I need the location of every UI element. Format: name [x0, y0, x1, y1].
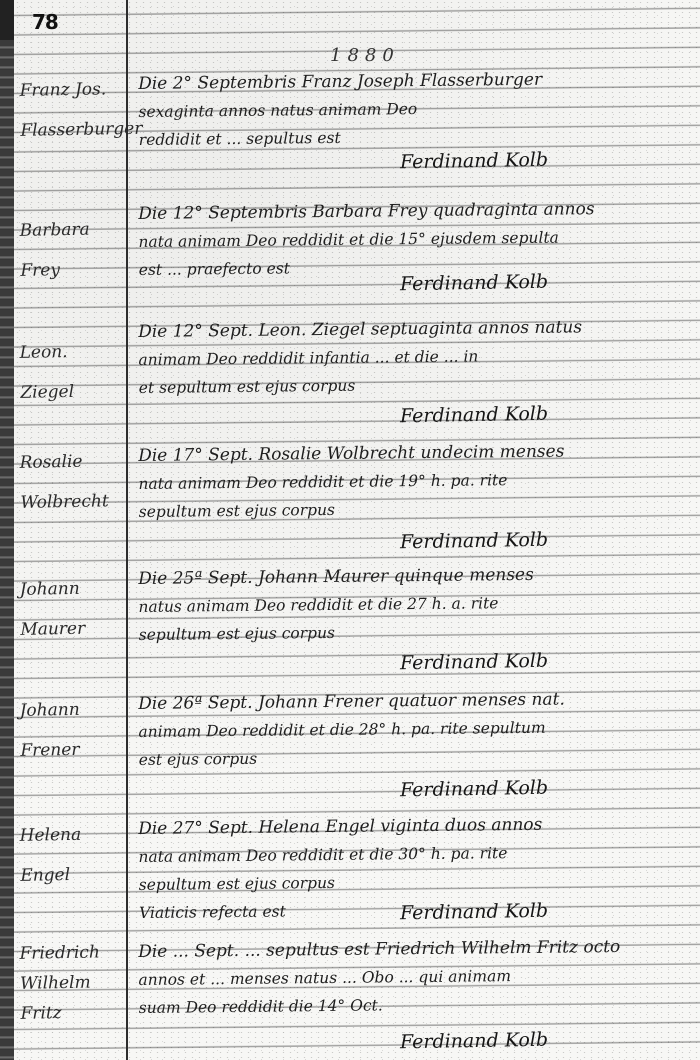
priest-signature: Ferdinand Kolb — [400, 900, 548, 925]
margin-name-line: Franz Jos. — [19, 69, 118, 111]
priest-signature: Ferdinand Kolb — [400, 1029, 548, 1054]
margin-name-line: Leon. — [19, 331, 118, 373]
priest-signature: Ferdinand Kolb — [400, 777, 548, 802]
binding-edge — [0, 0, 14, 1060]
entry-line: sepultum est ejus corpus — [139, 492, 694, 526]
priest-signature: Ferdinand Kolb — [400, 529, 548, 554]
entry-text: Die 26ª Sept. Johann Frener quatuor mens… — [138, 684, 694, 774]
margin-name-line: Johann — [19, 689, 118, 731]
entry-text: Die 12° Septembris Barbara Frey quadragi… — [138, 194, 694, 284]
margin-name-line: Barbara — [19, 209, 118, 251]
margin-name-line: Maurer — [20, 608, 119, 650]
margin-name: Johann Maurer — [19, 568, 118, 650]
priest-signature: Ferdinand Kolb — [400, 403, 548, 428]
entry-text: Die 12° Sept. Leon. Ziegel septuaginta a… — [138, 312, 694, 402]
margin-name-line: Ziegel — [20, 371, 119, 413]
margin-name-line: Rosalie — [19, 441, 118, 483]
margin-name: Leon. Ziegel — [19, 331, 118, 413]
priest-signature: Ferdinand Kolb — [400, 271, 548, 296]
margin-name-line: Johann — [19, 568, 118, 610]
margin-name: Friedrich Wilhelm Fritz — [19, 937, 119, 1029]
margin-name: Rosalie Wolbrecht — [19, 441, 118, 523]
priest-signature: Ferdinand Kolb — [400, 149, 548, 174]
entry-line: reddidit et ... sepultus est — [139, 120, 694, 154]
binding-corner — [0, 0, 14, 40]
entry-line: suam Deo reddidit die 14° Oct. — [139, 988, 694, 1022]
margin-name-line: Helena — [19, 814, 118, 856]
margin-name-line: Wolbrecht — [20, 481, 119, 523]
page-number: 78 — [32, 10, 58, 34]
margin-name: Franz Jos. Flasserburger — [19, 69, 118, 151]
entry-line: Die ... Sept. ... sepultus est Friedrich… — [138, 932, 693, 966]
entry-line: et sepultum est ejus corpus — [139, 368, 694, 402]
entry-text: Die 17° Sept. Rosalie Wolbrecht undecim … — [138, 436, 694, 526]
margin-name-line: Wilhelm — [20, 967, 119, 999]
margin-name: Barbara Frey — [19, 209, 118, 291]
margin-name-line: Fritz — [20, 997, 119, 1029]
entry-line: est ejus corpus — [139, 740, 694, 774]
priest-signature: Ferdinand Kolb — [400, 650, 548, 675]
margin-name-line: Frener — [20, 729, 119, 771]
entry-text: Die 2° Septembris Franz Joseph Flasserbu… — [138, 64, 694, 154]
entry-text: Die ... Sept. ... sepultus est Friedrich… — [138, 932, 694, 1022]
margin-name-line: Frey — [20, 249, 119, 291]
margin-name-line: Friedrich — [19, 937, 118, 969]
column-divider — [126, 0, 128, 1060]
entry-line: sepultum est ejus corpus — [139, 615, 694, 649]
year-heading: 1880 — [330, 45, 400, 66]
register-page: 78 1880 Franz Jos. Flasserburger Die 2° … — [0, 0, 700, 1060]
margin-name-line: Flasserburger — [20, 109, 119, 151]
margin-name: Helena Engel — [19, 814, 118, 896]
margin-name: Johann Frener — [19, 689, 118, 771]
margin-name-line: Engel — [20, 854, 119, 896]
entry-text: Die 25ª Sept. Johann Maurer quinque mens… — [138, 559, 694, 649]
